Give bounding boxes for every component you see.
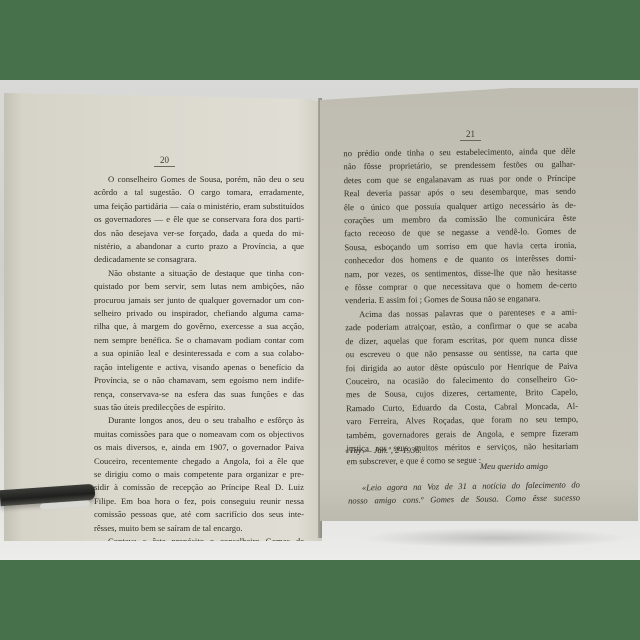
text-line: quistado por bem servir, sem lutas nem a… — [94, 280, 304, 293]
letter-salutation: Meu querido amigo — [480, 460, 600, 473]
letter-line: nosso amigo cons.º Gomes de Sousa. Como … — [348, 492, 580, 509]
page-shadow — [360, 528, 630, 548]
text-line: ração inteligente e activa, visando apen… — [94, 361, 304, 374]
text-line: se dirigiu como o mais competente para o… — [94, 468, 304, 481]
text-line: nem sempre benéfica. Se o chamavam podia… — [94, 334, 304, 347]
text-line: O conselheiro Gomes de Sousa, porém, não… — [94, 173, 304, 186]
text-line: rilha que, à margem do govêrno, exercess… — [94, 320, 304, 333]
text-line: dedicadamente se consagrara. — [94, 253, 304, 266]
text-line: Sousa que um comerciante de idéas muito … — [94, 548, 304, 560]
left-page: 20 O conselheiro Gomes de Sousa, porém, … — [4, 93, 322, 541]
text-line: Província, se o não chamavam, sem egoísm… — [94, 374, 304, 387]
text-line: nistério, a abandonar a curto prazo a Pr… — [94, 240, 304, 253]
text-line: a sua opinião leal e desinteressada e co… — [94, 347, 304, 360]
paragraph: Durante longos anos, deu o seu trabalho … — [94, 414, 304, 535]
top-frame-band — [0, 0, 640, 80]
text-line: rença, conservava-se na esfera das suas … — [94, 388, 304, 401]
letter-body: «Leio agora na Voz de 31 a notícia do fa… — [348, 478, 580, 508]
right-page-body: no prédio onde tinha o seu estabelecimen… — [343, 145, 578, 469]
text-line: Durante longos anos, deu o seu trabalho … — [94, 414, 304, 427]
text-line: os governadores — e êle que se conservar… — [94, 213, 304, 226]
left-page-number: 20 — [154, 155, 175, 167]
text-line: sidir à comissão de recepção ao Príncipe… — [94, 481, 304, 494]
text-line: comissão pessoas que, até com sacrifício… — [94, 508, 304, 521]
paragraph: Não obstante a situação de destaque que … — [94, 267, 304, 414]
book-photo: 20 O conselheiro Gomes de Sousa, porém, … — [0, 80, 640, 560]
text-line: suas tão úteis predilecções de espírito. — [94, 401, 304, 414]
paragraph: O conselheiro Gomes de Sousa, porém, não… — [94, 173, 304, 267]
text-line: Couceiro, recentemente chegado a Angola,… — [94, 455, 304, 468]
paragraph: no prédio onde tinha o seu estabelecimen… — [343, 145, 577, 308]
right-page: 21 no prédio onde tinha o seu estabeleci… — [320, 88, 638, 521]
text-line: uma feição partidária — caía o ministéri… — [94, 200, 304, 213]
right-page-number: 21 — [460, 129, 481, 141]
text-line: Filipe. Em boa hora o fez, pois consegui… — [94, 495, 304, 508]
letter-dateline: «Tuy — Jan.º, 2-1936. — [345, 444, 577, 457]
left-page-body: O conselheiro Gomes de Sousa, porém, não… — [94, 173, 304, 560]
text-line: os mais diversos, e, ainda em 1907, o go… — [94, 441, 304, 454]
text-line: acôrdo a tal sugestão. O cargo tomara, e… — [94, 186, 304, 199]
bottom-frame-band — [0, 560, 640, 640]
text-line: rêsses, muito bem se saíram de tal encar… — [94, 522, 304, 535]
text-line: procurou jamais ser junto de qualquer go… — [94, 294, 304, 307]
paragraph: Contava a êste propósito o conselheiro G… — [94, 535, 304, 560]
text-line: muitas comissões para que o nomeavam com… — [94, 428, 304, 441]
text-line: Não obstante a situação de destaque que … — [94, 267, 304, 280]
text-line: dos não desejava ver-se forçado, dada a … — [94, 227, 304, 240]
text-line: Contava a êste propósito o conselheiro G… — [94, 535, 304, 548]
text-line: selheiro privado ou inspirador, chefiand… — [94, 307, 304, 320]
